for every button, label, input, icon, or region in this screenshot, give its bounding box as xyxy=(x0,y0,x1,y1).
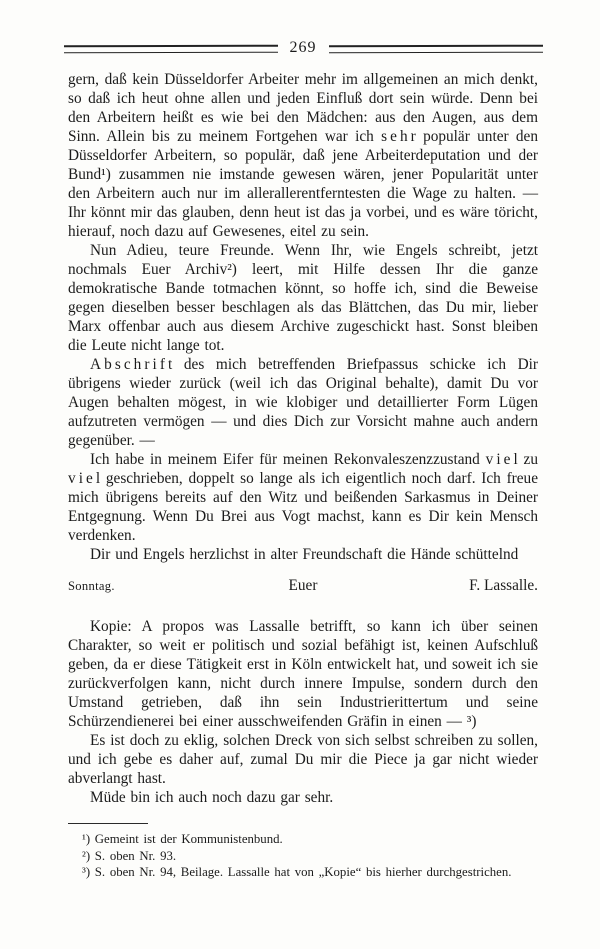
postscript-body: Kopie: A propos was Lassalle betrifft, s… xyxy=(68,617,538,807)
letter-paragraph: Nun Adieu, teure Freunde. Wenn Ihr, wie … xyxy=(68,241,538,355)
signature-closing: Euer xyxy=(209,577,397,595)
book-page: 269 gern, daß kein Düsseldorfer Arbeiter… xyxy=(0,0,600,949)
header-rule-left xyxy=(64,45,278,54)
postscript-paragraph: Müde bin ich auch noch dazu gar sehr. xyxy=(68,788,538,807)
postscript-paragraph: Es ist doch zu eklig, solchen Dreck von … xyxy=(68,731,538,788)
footnote-separator xyxy=(68,823,148,824)
letter-paragraph: A b s c h r i f t des mich betreffenden … xyxy=(68,355,538,450)
letter-paragraph: Ich habe in meinem Eifer für meinen Reko… xyxy=(68,450,538,545)
letter-paragraph: gern, daß kein Düsseldorfer Arbeiter meh… xyxy=(68,70,538,241)
header-rule-right xyxy=(329,45,543,54)
footnotes: ¹) Gemeint ist der Kommunistenbund.²) S.… xyxy=(68,831,538,881)
footnote-item: ¹) Gemeint ist der Kommunistenbund. xyxy=(68,831,538,848)
footnote-item: ³) S. oben Nr. 94, Beilage. Lassalle hat… xyxy=(68,864,538,881)
footnote-item: ²) S. oben Nr. 93. xyxy=(68,848,538,865)
signature-name: F. Lassalle. xyxy=(397,577,538,595)
text-column: gern, daß kein Düsseldorfer Arbeiter meh… xyxy=(68,70,538,881)
letter-paragraph: Dir und Engels herzlichst in alter Freun… xyxy=(68,545,538,564)
signature-date: Sonntag. xyxy=(68,579,209,594)
postscript-paragraph: Kopie: A propos was Lassalle betrifft, s… xyxy=(68,617,538,731)
signature-row: Sonntag. Euer F. Lassalle. xyxy=(68,577,538,595)
page-number: 269 xyxy=(278,40,329,56)
letter-body: gern, daß kein Düsseldorfer Arbeiter meh… xyxy=(68,70,538,564)
running-head: 269 xyxy=(64,41,542,57)
